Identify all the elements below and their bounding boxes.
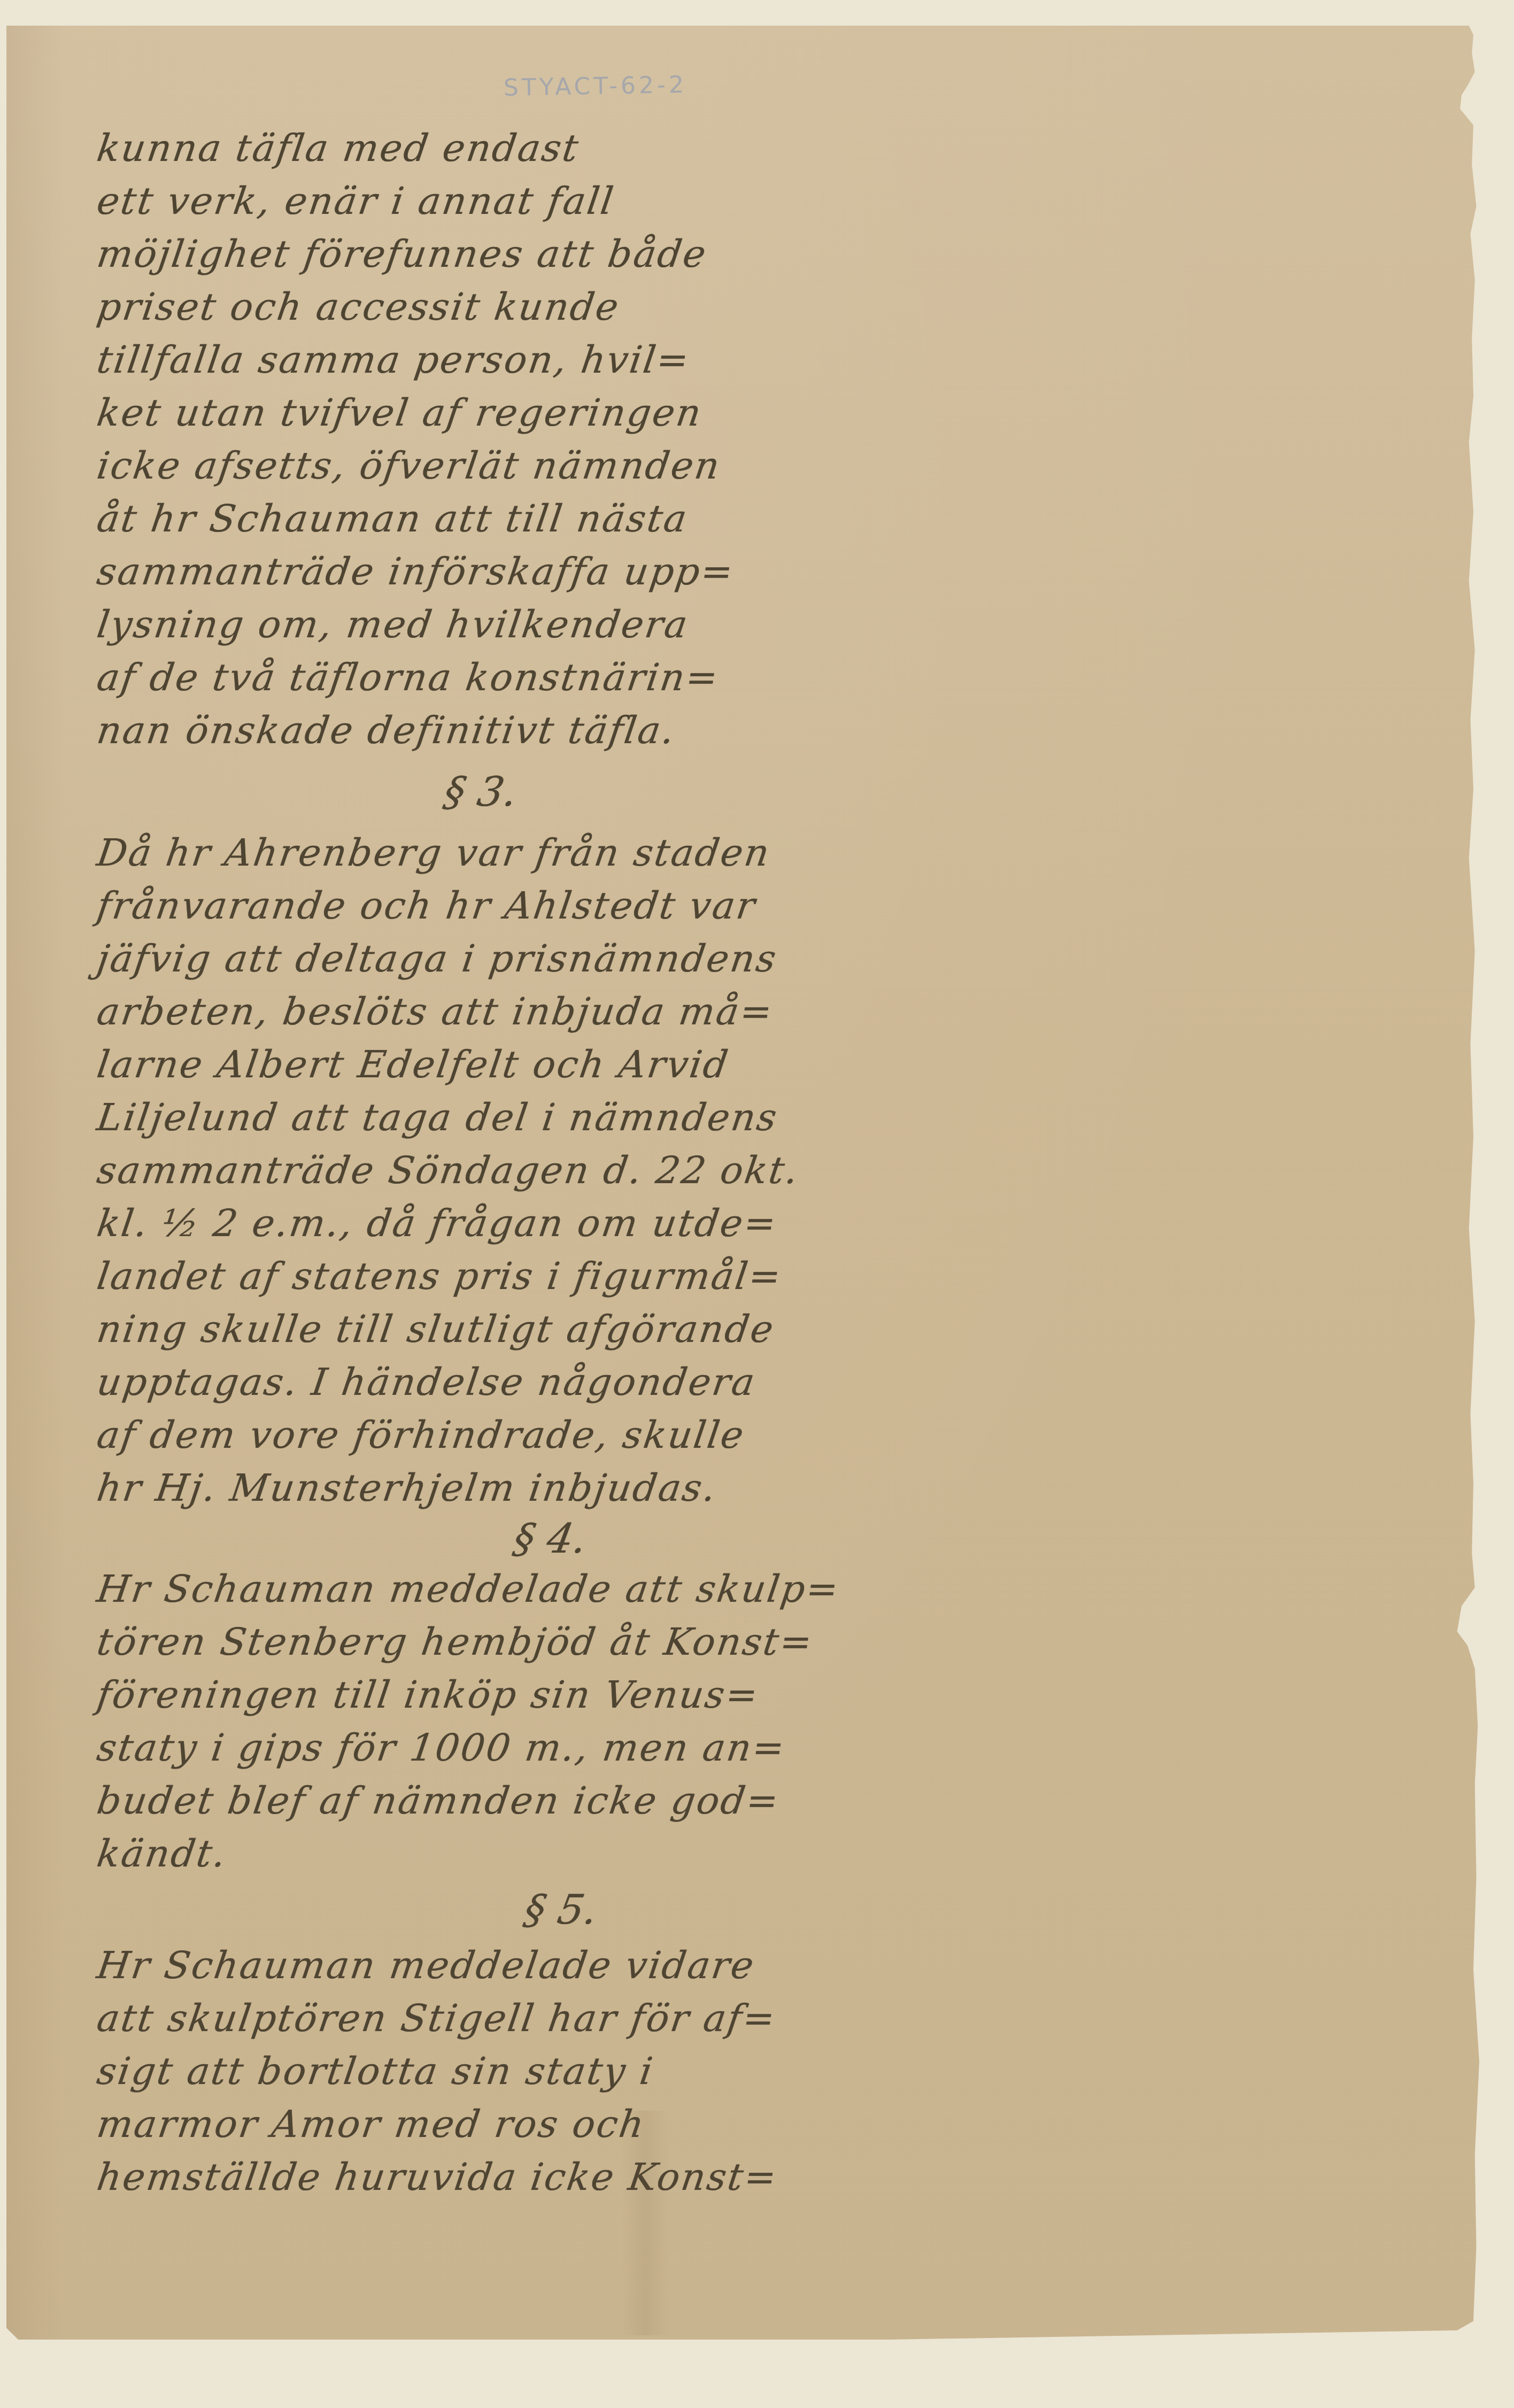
text-line: möjlighet förefunnes att både [94,228,1010,281]
text-line: upptagas. I händelse någondera [94,1356,1010,1409]
text-line: frånvarande och hr Ahlstedt var [94,879,1010,932]
manuscript-sheet: STYACT-62-2 kunna täfla med endast ett v… [6,26,1479,2340]
text-line: ett verk, enär i annat fall [94,175,1010,228]
section-heading: § 3. [91,757,1013,827]
text-line: jäfvig att deltaga i prisnämndens [94,932,1010,985]
continuation-paragraph: kunna täfla med endast ett verk, enär i … [97,122,1006,757]
text-line: ket utan tvifvel af regeringen [94,387,1010,439]
scanned-page: STYACT-62-2 kunna täfla med endast ett v… [0,0,1514,2408]
text-line: åt hr Schauman att till nästa [94,492,1010,545]
text-line: Liljelund att taga del i nämndens [94,1091,1010,1144]
text-line: af dem vore förhindrade, skulle [94,1409,1010,1462]
section-3: § 3. Då hr Ahrenberg var från staden frå… [97,757,1006,1515]
text-line: af de två täflorna konstnärin= [94,651,1010,704]
text-line: kunna täfla med endast [94,122,1010,175]
text-line: sigt att bortlotta sin staty i [94,2045,1010,2098]
text-line: tillfalla samma person, hvil= [94,334,1010,387]
text-line: ning skulle till slutligt afgörande [94,1303,1010,1356]
text-line: icke afsetts, öfverlät nämnden [94,439,1010,492]
text-line: sammanträde införskaffa upp= [94,545,1010,598]
text-line: Då hr Ahrenberg var från staden [94,827,1010,879]
text-line: staty i gips för 1000 m., men an= [94,1722,1010,1774]
text-line: nan önskade definitivt täfla. [94,704,1010,757]
section-heading: § 4. [93,1515,1010,1563]
text-line: priset och accessit kunde [94,281,1010,334]
archive-mark: STYACT-62-2 [504,71,688,102]
text-line: arbeten, beslöts att inbjuda må= [94,985,1010,1038]
text-line: hemställde huruvida icke Konst= [94,2151,1010,2204]
text-line: att skulptören Stigell har för af= [94,1992,1010,2045]
text-line: lysning om, med hvilkendera [94,598,1010,651]
text-line: föreningen till inköp sin Venus= [94,1669,1010,1722]
text-line: tören Stenberg hembjöd åt Konst= [94,1616,1010,1669]
text-line: marmor Amor med ros och [94,2098,1010,2151]
text-line: kl. ½ 2 e.m., då frågan om utde= [94,1197,1010,1250]
text-line: sammanträde Söndagen d. 22 okt. [94,1144,1010,1197]
text-line: landet af statens pris i figurmål= [94,1250,1010,1303]
text-line: Hr Schauman meddelade vidare [94,1939,1010,1992]
section-heading: § 5. [92,1880,1011,1939]
manuscript-body: kunna täfla med endast ett verk, enär i … [97,122,1006,2204]
text-line: budet blef af nämnden icke god= [94,1774,1010,1827]
text-line: kändt. [94,1827,1010,1880]
text-line: hr Hj. Munsterhjelm inbjudas. [94,1462,1010,1515]
section-5: § 5. Hr Schauman meddelade vidare att sk… [97,1880,1006,2204]
text-line: Hr Schauman meddelade att skulp= [94,1563,1010,1616]
section-4: § 4. Hr Schauman meddelade att skulp= tö… [97,1515,1006,1880]
text-line: larne Albert Edelfelt och Arvid [94,1038,1010,1091]
